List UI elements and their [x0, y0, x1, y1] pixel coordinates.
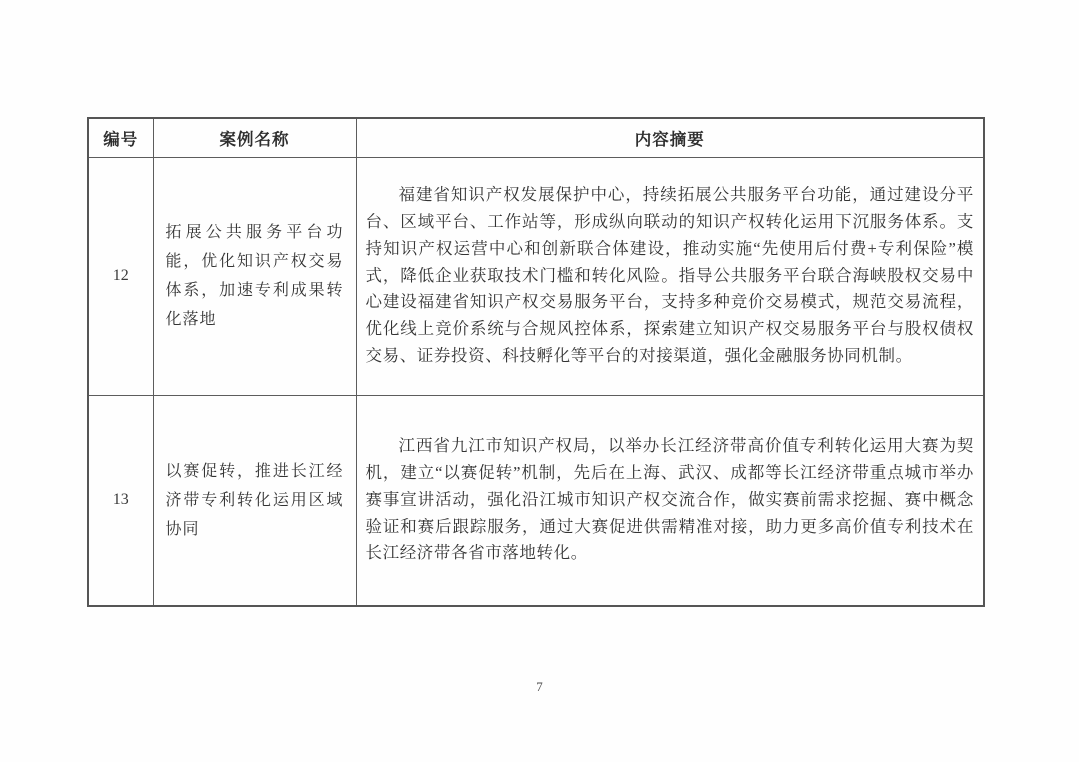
page-number: 7	[0, 679, 1079, 695]
case-number: 12	[88, 157, 153, 395]
column-header-case-name: 案例名称	[153, 118, 356, 157]
case-summary: 江西省九江市知识产权局，以举办长江经济带高价值专利转化运用大赛为契机，建立“以赛…	[356, 395, 984, 606]
case-summary-table: 编号 案例名称 内容摘要 12 拓展公共服务平台功能，优化知识产权交易体系，加速…	[87, 117, 985, 607]
case-summary-paragraph: 江西省九江市知识产权局，以举办长江经济带高价值专利转化运用大赛为契机，建立“以赛…	[366, 433, 975, 567]
case-name: 拓展公共服务平台功能，优化知识产权交易体系，加速专利成果转化落地	[153, 157, 356, 395]
table-row: 12 拓展公共服务平台功能，优化知识产权交易体系，加速专利成果转化落地 福建省知…	[88, 157, 984, 395]
case-number: 13	[88, 395, 153, 606]
column-header-number: 编号	[88, 118, 153, 157]
column-header-summary: 内容摘要	[356, 118, 984, 157]
document-page: 编号 案例名称 内容摘要 12 拓展公共服务平台功能，优化知识产权交易体系，加速…	[0, 0, 1079, 762]
case-name: 以赛促转，推进长江经济带专利转化运用区域协同	[153, 395, 356, 606]
case-summary-paragraph: 福建省知识产权发展保护中心，持续拓展公共服务平台功能，通过建设分平台、区域平台、…	[366, 182, 975, 370]
table-header-row: 编号 案例名称 内容摘要	[88, 118, 984, 157]
table-row: 13 以赛促转，推进长江经济带专利转化运用区域协同 江西省九江市知识产权局，以举…	[88, 395, 984, 606]
case-summary: 福建省知识产权发展保护中心，持续拓展公共服务平台功能，通过建设分平台、区域平台、…	[356, 157, 984, 395]
